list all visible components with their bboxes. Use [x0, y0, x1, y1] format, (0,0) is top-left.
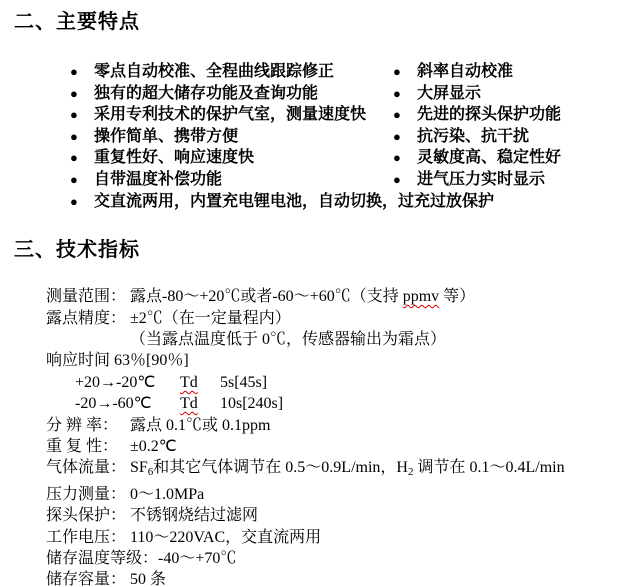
spec-text: 露点精度： — [46, 308, 130, 329]
spec-text-segment: Td — [180, 374, 198, 391]
feature-item-label: 斜率自动校准 — [417, 61, 513, 83]
bullet-icon: ● — [70, 169, 94, 191]
spec-line-repeatability: 重 复 性：±0.2℃ — [46, 436, 618, 457]
spec-text-segment: 压力测量： — [46, 486, 126, 503]
feature-item: ●灵敏度高、稳定性好 — [393, 147, 561, 169]
spec-text-segment: 110～220VAC，交直流两用 — [130, 529, 321, 546]
section-heading-main-features: 二、主要特点 — [14, 0, 618, 34]
spec-line-dewpoint-accuracy-note: （当露点温度低于 0℃，传感器输出为霜点） — [46, 329, 618, 350]
spec-text: 响应时间 63％[90％] — [46, 352, 189, 369]
spec-text-segment: ±2℃（在一定量程内） — [130, 310, 291, 327]
spec-text-segment: 露点-80～+20℃或者-60～+60℃（支持 — [130, 288, 403, 305]
section-heading-technical-specs: 三、技术指标 — [14, 238, 618, 262]
spec-text: （当露点温度低于 0℃，传感器输出为霜点） — [130, 331, 446, 348]
spec-text: 5s[45s] — [220, 374, 267, 391]
spec-line-resolution: 分 辨 率：露点 0.1℃或 0.1ppm — [46, 415, 618, 436]
spec-text: +20→-20℃ — [75, 372, 180, 393]
spec-text: 调节在 0.1～0.4L/min — [413, 459, 564, 476]
feature-row: ●操作简单、携带方便●抗污染、抗干扰 — [70, 126, 618, 148]
spec-text-segment: 10s[240s] — [220, 395, 283, 412]
spec-text: 测量范围： — [46, 286, 130, 307]
feature-item-label: 自带温度补偿功能 — [94, 169, 222, 191]
spec-text-segment: 露点 0.1℃或 0.1ppm — [130, 417, 270, 434]
spec-text: 10s[240s] — [220, 395, 283, 412]
bullet-icon: ● — [70, 83, 94, 105]
spec-text: 50 条 — [130, 571, 166, 587]
spec-text: 压力测量： — [46, 484, 130, 505]
feature-item: ●先进的探头保护功能 — [393, 104, 561, 126]
spellcheck-flagged-word: ppmv — [403, 288, 439, 305]
feature-item: ●采用专利技术的保护气室，测量速度快 — [70, 104, 393, 126]
feature-row: ●交直流两用，内置充电锂电池，自动切换，过充过放保护 — [70, 191, 618, 213]
feature-row: ●自带温度补偿功能●进气压力实时显示 — [70, 169, 618, 191]
spec-text-segment: 调节在 0.1～0.4L/min — [413, 459, 564, 476]
spec-line-pressure-measure: 压力测量：0～1.0MPa — [46, 484, 618, 505]
feature-item-label: 灵敏度高、稳定性好 — [417, 147, 561, 169]
bullet-icon: ● — [70, 191, 94, 213]
spec-text: 分 辨 率： — [46, 415, 130, 436]
spec-text: 气体流量： — [46, 457, 130, 478]
spec-line-working-voltage: 工作电压：110～220VAC，交直流两用 — [46, 527, 618, 548]
feature-item: ●大屏显示 — [393, 83, 481, 105]
spec-text: 等） — [439, 288, 475, 305]
bullet-icon: ● — [70, 61, 94, 83]
feature-item-label: 进气压力实时显示 — [417, 169, 545, 191]
spec-line-gas-flow: 气体流量：SF6和其它气体调节在 0.5～0.9L/min，H2 调节在 0.1… — [46, 457, 618, 483]
spec-text-segment: 50 条 — [130, 571, 166, 587]
spec-line-response-time-row1: +20→-20℃Td5s[45s] — [46, 372, 618, 393]
spec-text-segment: 露点精度： — [46, 310, 126, 327]
spec-text-segment: 5s[45s] — [220, 374, 267, 391]
feature-row: ●零点自动校准、全程曲线跟踪修正●斜率自动校准 — [70, 61, 618, 83]
features-list: ●零点自动校准、全程曲线跟踪修正●斜率自动校准●独有的超大储存功能及查询功能●大… — [70, 61, 618, 212]
feature-item-label: 重复性好、响应速度快 — [94, 147, 254, 169]
bullet-icon: ● — [393, 126, 417, 148]
feature-item: ●交直流两用，内置充电锂电池，自动切换，过充过放保护 — [70, 191, 494, 213]
feature-item: ●抗污染、抗干扰 — [393, 126, 529, 148]
spec-text: 露点 0.1℃或 0.1ppm — [130, 417, 270, 434]
spec-text: SF — [130, 459, 148, 476]
spec-text-segment: ppmv — [403, 288, 439, 305]
spec-text-segment: 气体流量： — [46, 459, 126, 476]
spec-text-segment: 储存温度等级：-40～+70℃ — [46, 550, 236, 567]
feature-row: ●独有的超大储存功能及查询功能●大屏显示 — [70, 83, 618, 105]
bullet-icon: ● — [70, 126, 94, 148]
feature-item: ●重复性好、响应速度快 — [70, 147, 393, 169]
feature-item-label: 先进的探头保护功能 — [417, 104, 561, 126]
spellcheck-flagged-word: Td — [180, 372, 220, 393]
spellcheck-flagged-word: Td — [180, 393, 220, 414]
spec-text: 探头保护： — [46, 505, 130, 526]
spec-line-storage-capacity: 储存容量：50 条 — [46, 569, 618, 587]
bullet-icon: ● — [393, 104, 417, 126]
feature-item-label: 大屏显示 — [417, 83, 481, 105]
spec-text-segment: 等） — [439, 288, 475, 305]
spec-text: 110～220VAC，交直流两用 — [130, 529, 321, 546]
spec-text-segment: 重 复 性： — [46, 438, 118, 455]
feature-item-label: 交直流两用，内置充电锂电池，自动切换，过充过放保护 — [94, 191, 494, 213]
spec-text-segment: 0～1.0MPa — [130, 486, 204, 503]
spec-text: 储存温度等级：-40～+70℃ — [46, 550, 236, 567]
bullet-icon: ● — [70, 104, 94, 126]
feature-row: ●采用专利技术的保护气室，测量速度快●先进的探头保护功能 — [70, 104, 618, 126]
spec-line-dewpoint-accuracy: 露点精度：±2℃（在一定量程内） — [46, 308, 618, 329]
bullet-icon: ● — [393, 83, 417, 105]
bullet-icon: ● — [70, 147, 94, 169]
spec-text: 露点-80～+20℃或者-60～+60℃（支持 — [130, 288, 403, 305]
spec-text: 不锈钢烧结过滤网 — [130, 507, 258, 524]
bullet-icon: ● — [393, 169, 417, 191]
spec-text: 0～1.0MPa — [130, 486, 204, 503]
spec-text-segment: -20→-60℃ — [75, 395, 152, 412]
spec-line-response-time-row2: -20→-60℃Td10s[240s] — [46, 393, 618, 414]
spec-text: 工作电压： — [46, 527, 130, 548]
feature-item: ●自带温度补偿功能 — [70, 169, 393, 191]
feature-item-label: 采用专利技术的保护气室，测量速度快 — [94, 104, 366, 126]
feature-item: ●斜率自动校准 — [393, 61, 513, 83]
feature-item: ●零点自动校准、全程曲线跟踪修正 — [70, 61, 393, 83]
spec-text-segment: SF — [130, 459, 148, 476]
specs-list: 测量范围：露点-80～+20℃或者-60～+60℃（支持 ppmv 等）露点精度… — [46, 286, 618, 587]
spec-line-probe-protection: 探头保护：不锈钢烧结过滤网 — [46, 505, 618, 526]
spec-text-segment: 工作电压： — [46, 529, 126, 546]
feature-item-label: 零点自动校准、全程曲线跟踪修正 — [94, 61, 334, 83]
spec-text-segment: 响应时间 63％[90％] — [46, 352, 189, 369]
spec-text: -20→-60℃ — [75, 393, 180, 414]
spec-line-measure-range: 测量范围：露点-80～+20℃或者-60～+60℃（支持 ppmv 等） — [46, 286, 618, 307]
spec-text: 重 复 性： — [46, 436, 130, 457]
spec-text: 储存容量： — [46, 569, 130, 587]
feature-item: ●操作简单、携带方便 — [70, 126, 393, 148]
spec-text-segment: +20→-20℃ — [75, 374, 155, 391]
spec-text-segment: ±0.2℃ — [130, 438, 177, 455]
spec-text-segment: Td — [180, 395, 198, 412]
bullet-icon: ● — [393, 61, 417, 83]
spec-text-segment: 和其它气体调节在 0.5～0.9L/min，H — [153, 459, 408, 476]
feature-item-label: 抗污染、抗干扰 — [417, 126, 529, 148]
spec-line-response-time: 响应时间 63％[90％] — [46, 350, 618, 371]
spec-text: 和其它气体调节在 0.5～0.9L/min，H — [153, 459, 408, 476]
spec-text-segment: 探头保护： — [46, 507, 126, 524]
feature-item: ●进气压力实时显示 — [393, 169, 545, 191]
spec-text-segment: 不锈钢烧结过滤网 — [130, 507, 258, 524]
spec-text-segment: 分 辨 率： — [46, 417, 118, 434]
spec-text: ±2℃（在一定量程内） — [130, 310, 291, 327]
feature-item-label: 独有的超大储存功能及查询功能 — [94, 83, 318, 105]
spec-text-segment: 测量范围： — [46, 288, 126, 305]
spec-text: ±0.2℃ — [130, 438, 177, 455]
spec-text-segment: 储存容量： — [46, 571, 126, 587]
bullet-icon: ● — [393, 147, 417, 169]
document-page: 二、主要特点 ●零点自动校准、全程曲线跟踪修正●斜率自动校准●独有的超大储存功能… — [0, 0, 618, 587]
feature-row: ●重复性好、响应速度快●灵敏度高、稳定性好 — [70, 147, 618, 169]
feature-item: ●独有的超大储存功能及查询功能 — [70, 83, 393, 105]
feature-item-label: 操作简单、携带方便 — [94, 126, 238, 148]
spec-line-storage-temp-grade: 储存温度等级：-40～+70℃ — [46, 548, 618, 569]
spec-text-segment: （当露点温度低于 0℃，传感器输出为霜点） — [130, 331, 446, 348]
